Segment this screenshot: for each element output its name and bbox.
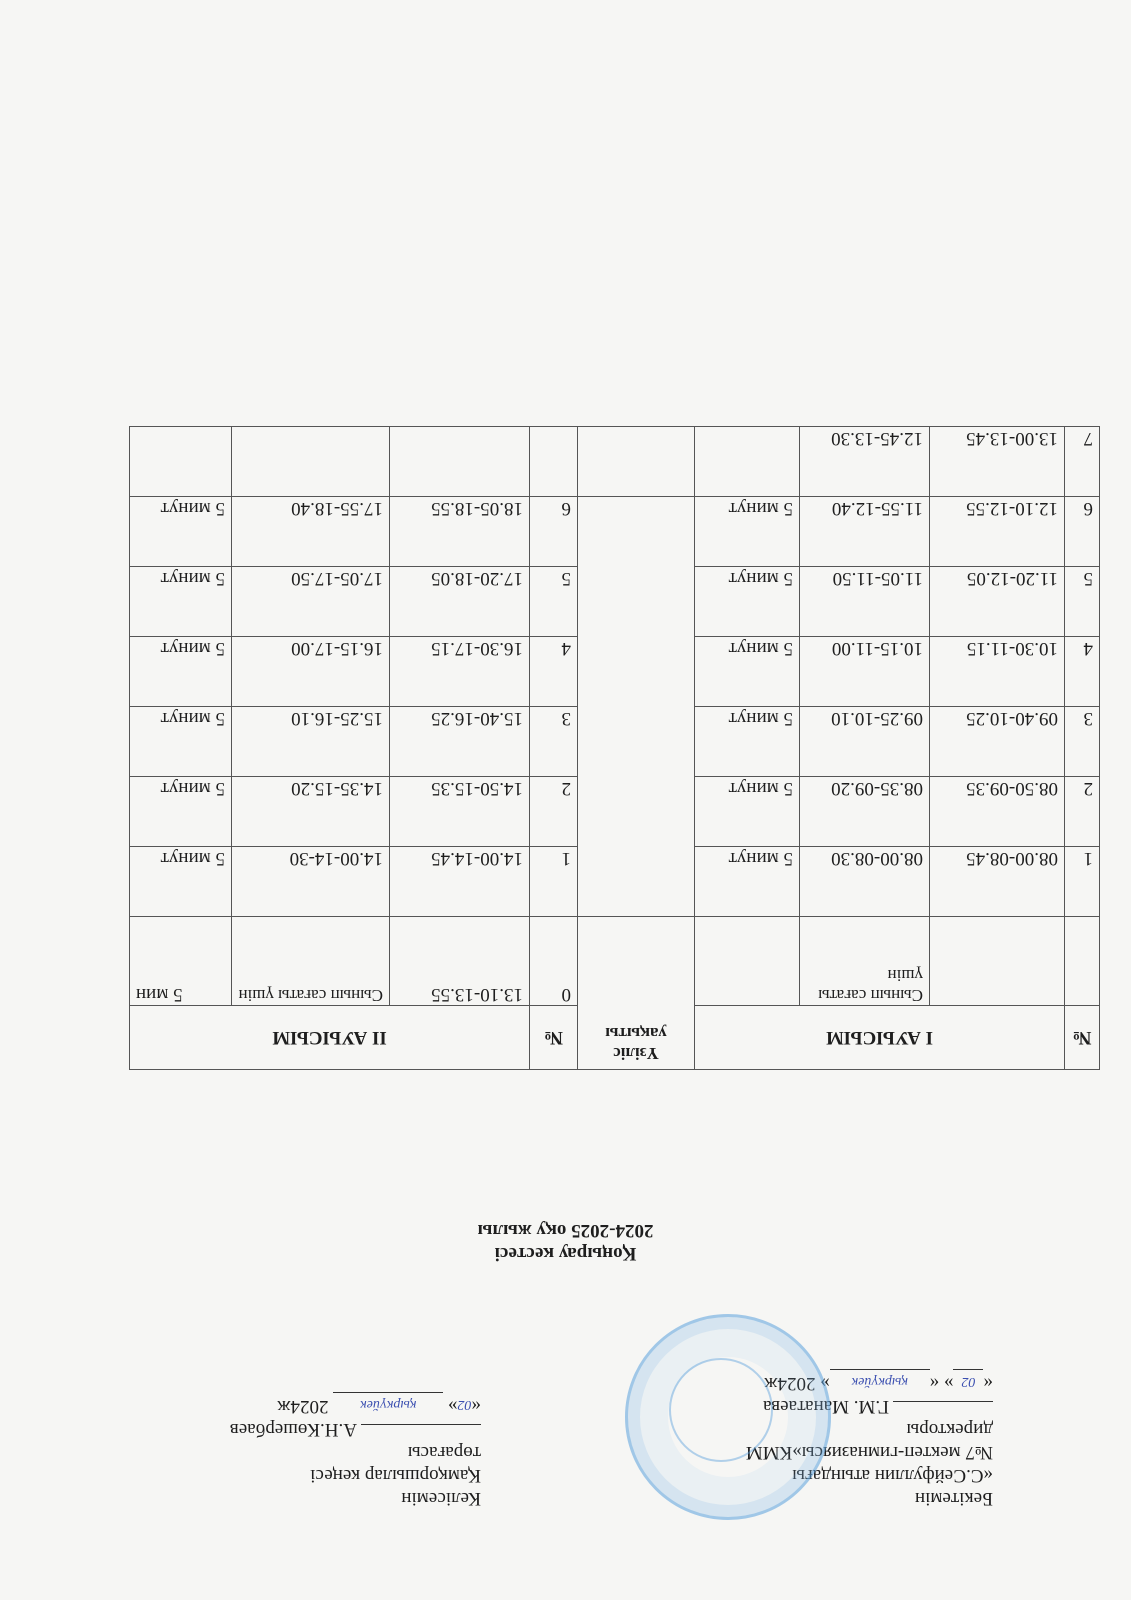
title-line1: Қоңырау кестесі (0, 1242, 1131, 1265)
table-header-row: № I АУЫСЫМ Үзіліс уақыты № II АУЫСЫМ (129, 1006, 1099, 1070)
shift2-short-time: 15.25-16.10 (231, 707, 389, 777)
shift2-lesson-time (389, 427, 529, 497)
agreed-heading: Келісемін (81, 1487, 481, 1510)
agreed-chair-title: төрағасы (81, 1441, 481, 1464)
shift2-class-hour: Сынып сағаты үшін (231, 917, 389, 1006)
shift1-break: 5 минут (694, 567, 799, 637)
shift2-short-time: 14.00-14-30 (231, 847, 389, 917)
shift2-lesson-num (529, 427, 577, 497)
shift1-short-time: 08.35-09.20 (800, 777, 930, 847)
shift2-lesson-time: 16.30-17.15 (389, 637, 529, 707)
shift2-lesson-time: 14.50-15.35 (389, 777, 529, 847)
shift1-break: 5 минут (694, 707, 799, 777)
shift2-short-time: 16.15-17.00 (231, 637, 389, 707)
agreed-council: Қамқоршылар кеңесі (81, 1464, 481, 1487)
bell-schedule-table: № I АУЫСЫМ Үзіліс уақыты № II АУЫСЫМ Сын… (129, 426, 1100, 1070)
shift1-lesson-num: 3 (1065, 707, 1100, 777)
shift1-lesson-num: 2 (1065, 777, 1100, 847)
shift2-short-time: 14.35-15.20 (231, 777, 389, 847)
shift2-lesson-num: 6 (529, 497, 577, 567)
header-shift2: II АУЫСЫМ (129, 1006, 529, 1070)
document-title: Қоңырау кестесі 2024-2025 оқу жылы (0, 1219, 1131, 1265)
shift1-lesson-time: 09.40-10.25 (930, 707, 1065, 777)
document-page: Келісемін Қамқоршылар кеңесі төрағасы А.… (0, 0, 1131, 1600)
shift2-lesson-time: 14.00-14.45 (389, 847, 529, 917)
agreed-date-month: қыркүйек (333, 1392, 443, 1416)
shift1-lesson-time: 13.00-13.45 (930, 427, 1065, 497)
table-row: 108.00-08.4508.00-08.305 минут114.00-14.… (129, 847, 1099, 917)
shift1-break: 5 минут (694, 497, 799, 567)
header-shift1: I АУЫСЫМ (694, 1006, 1064, 1070)
shift1-short-time: 09.25-10.10 (800, 707, 930, 777)
shift2-time-0: 13.10-13.55 (389, 917, 529, 1006)
agreed-date-day: 02 (458, 1397, 472, 1412)
shift1-lesson-time: 12.10-12.55 (930, 497, 1065, 567)
shift2-lesson-num: 4 (529, 637, 577, 707)
agreed-chair-name: А.Н.Көшербаев (230, 1419, 357, 1440)
break-time-cell (577, 427, 694, 497)
shift1-lesson-time: 10.30-11.15 (930, 637, 1065, 707)
shift2-break: 5 минут (129, 497, 231, 567)
shift2-break: 5 минут (129, 777, 231, 847)
shift1-lesson-num: 7 (1065, 427, 1100, 497)
break-time-column (577, 497, 694, 917)
title-line2: 2024-2025 оқу жылы (0, 1219, 1131, 1242)
shift1-lesson-num: 4 (1065, 637, 1100, 707)
shift1-lesson-time: 08.00-08.45 (930, 847, 1065, 917)
shift2-break: 5 минут (129, 847, 231, 917)
shift1-class-hour: Сынып сағаты үшін (800, 917, 930, 1006)
shift2-short-time (231, 427, 389, 497)
shift1-lesson-num: 6 (1065, 497, 1100, 567)
shift1-lesson-num: 5 (1065, 567, 1100, 637)
shift2-num-0: 0 (529, 917, 577, 1006)
shift2-break: 5 минут (129, 707, 231, 777)
shift1-short-time: 11.05-11.50 (800, 567, 930, 637)
shift1-lesson-time: 08.50-09.35 (930, 777, 1065, 847)
shift1-lesson-num: 1 (1065, 847, 1100, 917)
shift1-short-time: 12.45-13.30 (800, 427, 930, 497)
shift2-lesson-time: 15.40-16.25 (389, 707, 529, 777)
shift2-lesson-num: 3 (529, 707, 577, 777)
shift2-break: 5 минут (129, 567, 231, 637)
shift1-short-time: 11.55-12.40 (800, 497, 930, 567)
shift2-lesson-num: 1 (529, 847, 577, 917)
signature-line (893, 1401, 993, 1402)
header-num2: № (529, 1006, 577, 1070)
approved-date-month: қыркүйек (830, 1369, 930, 1393)
shift1-lesson-time: 11.20-12.05 (930, 567, 1065, 637)
shift1-short-time: 10.15-11.00 (800, 637, 930, 707)
shift2-lesson-num: 2 (529, 777, 577, 847)
shift1-break: 5 минут (694, 777, 799, 847)
agreed-date-year: 2024ж (277, 1396, 328, 1417)
shift2-short-time: 17.05-17.50 (231, 567, 389, 637)
shift2-lesson-num: 5 (529, 567, 577, 637)
shift2-break-0: 5 мин (129, 917, 231, 1006)
shift2-lesson-time: 18.05-18.55 (389, 497, 529, 567)
shift1-break: 5 минут (694, 637, 799, 707)
table-row: 713.00-13.4512.45-13.30 (129, 427, 1099, 497)
shift1-break: 5 минут (694, 847, 799, 917)
shift2-lesson-time: 17.20-18.05 (389, 567, 529, 637)
shift1-break (694, 427, 799, 497)
approval-agreed-block: Келісемін Қамқоршылар кеңесі төрағасы А.… (81, 1392, 481, 1510)
header-break-time: Үзіліс уақыты (577, 917, 694, 1070)
header-num: № (1065, 1006, 1100, 1070)
approved-date-day: 02 (954, 1369, 984, 1393)
signature-line (361, 1424, 481, 1425)
shift2-short-time: 17.55-18.40 (231, 497, 389, 567)
shift2-break: 5 минут (129, 637, 231, 707)
shift1-short-time: 08.00-08.30 (800, 847, 930, 917)
shift2-break (129, 427, 231, 497)
official-stamp (625, 1314, 831, 1520)
